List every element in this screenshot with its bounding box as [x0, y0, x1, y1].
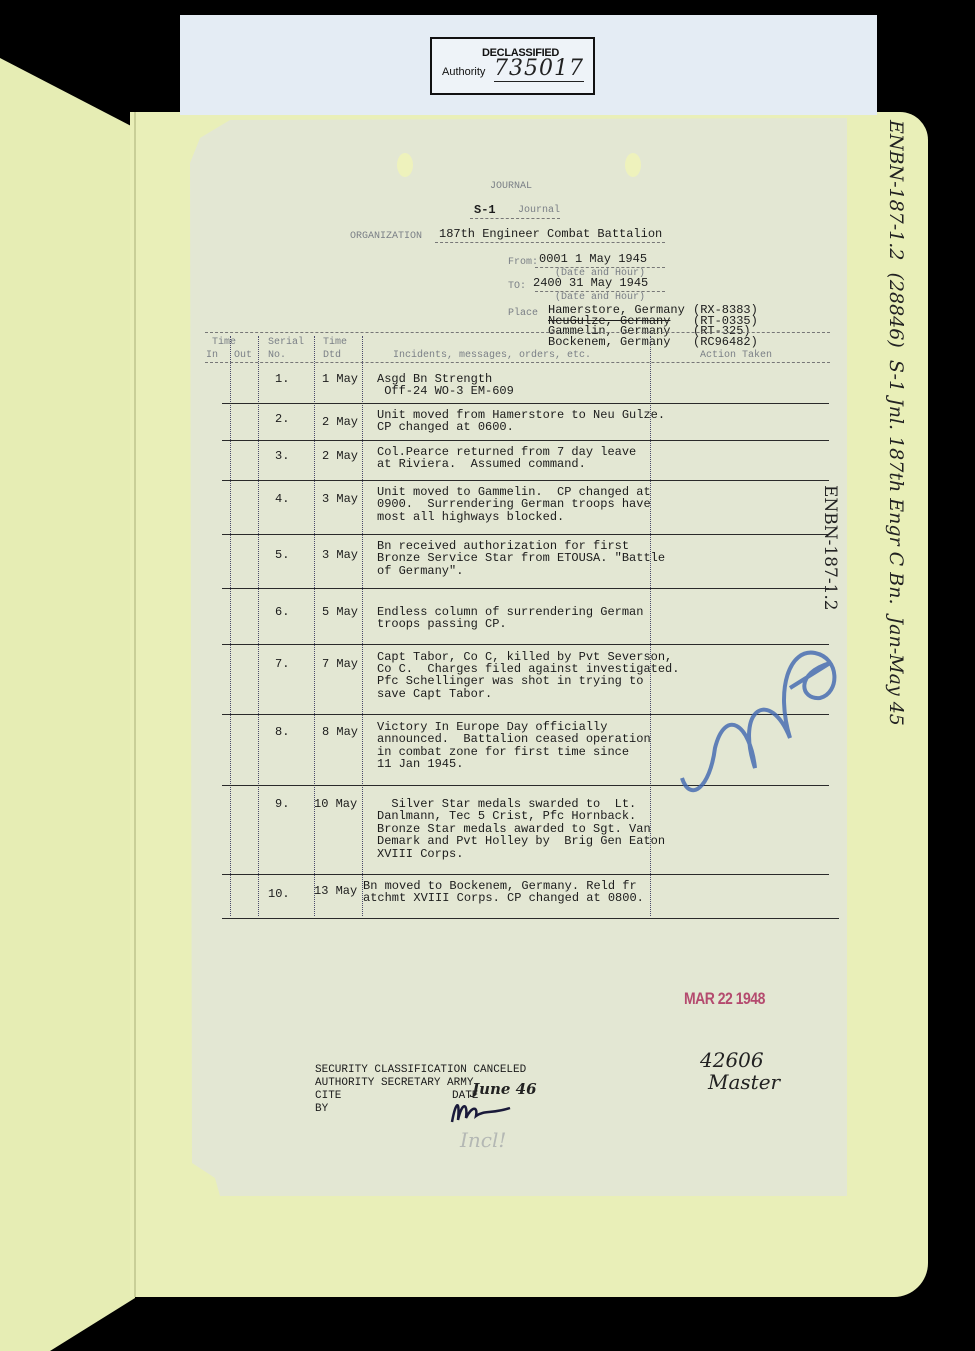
entry-serial: 2.: [275, 413, 289, 426]
entry-line: Off-24 WO-3 EM-609: [377, 385, 514, 398]
received-date-stamp: MAR 22 1948: [684, 988, 765, 1007]
entry-serial: 4.: [275, 493, 289, 506]
entry-line: troops passing CP.: [377, 618, 507, 631]
entry-line: most all highways blocked.: [377, 511, 564, 524]
signature-scribble-icon: [448, 1096, 518, 1126]
entry-date: 8 May: [322, 726, 358, 739]
blue-pencil-mark-icon: [680, 628, 860, 798]
to-value: 2400 31 May 1945: [533, 277, 648, 290]
handwritten-number: 42606: [700, 1048, 764, 1072]
place-name: Bockenem, Germany: [548, 336, 670, 349]
entry-line: at Riviera. Assumed command.: [377, 458, 586, 471]
header-out: Out: [234, 349, 252, 362]
declassification-stamp-box: DECLASSIFIED Authority 735017: [430, 37, 595, 95]
header-action-taken: Action Taken: [700, 349, 772, 362]
security-line-2: AUTHORITY SECRETARY ARMY: [315, 1077, 473, 1089]
security-by-label: BY: [315, 1103, 328, 1115]
form-title: JOURNAL: [490, 180, 532, 193]
entry-date: 5 May: [322, 606, 358, 619]
header-time-dtd: Time: [323, 336, 347, 349]
authority-number: 735017: [494, 57, 584, 82]
from-label: From:: [508, 256, 538, 269]
entry-date: 3 May: [322, 549, 358, 562]
entry-serial: 6.: [275, 606, 289, 619]
entry-serial: 7.: [275, 658, 289, 671]
punch-hole: [625, 153, 641, 177]
entry-date: 7 May: [322, 658, 358, 671]
from-value: 0001 1 May 1945: [539, 253, 647, 266]
header-dtd: Dtd: [323, 349, 341, 362]
entry-date: 2 May: [322, 416, 358, 429]
handwritten-master: Master: [708, 1070, 780, 1094]
organization-label: ORGANIZATION: [350, 230, 422, 243]
place-label: Place: [508, 307, 538, 320]
header-incidents: Incidents, messages, orders, etc.: [393, 349, 591, 362]
entry-serial: 1.: [275, 373, 289, 386]
entry-date: 1 May: [322, 373, 358, 386]
entry-date: 3 May: [322, 493, 358, 506]
handwritten-incl: Incl!: [460, 1128, 506, 1152]
sheet-margin-code: ENBN-187-1.2: [820, 485, 840, 611]
folder-left-flap: [0, 58, 135, 1351]
entry-serial: 3.: [275, 450, 289, 463]
authority-label: Authority: [442, 66, 485, 78]
header-in: In: [206, 349, 218, 362]
entry-line: save Capt Tabor.: [377, 688, 492, 701]
folder-crease: [134, 112, 136, 1297]
header-no: No.: [268, 349, 286, 362]
entry-line: of Germany".: [377, 565, 463, 578]
entry-serial: 5.: [275, 549, 289, 562]
organization-name: 187th Engineer Combat Battalion: [439, 228, 662, 241]
security-cite-label: CITE: [315, 1090, 341, 1102]
entry-line: XVIII Corps.: [377, 848, 463, 861]
entry-date: 10 May: [314, 798, 357, 811]
place-coord: (RC96482): [693, 336, 758, 349]
journal-sheet: JOURNAL S-1 Journal ORGANIZATION 187th E…: [190, 118, 847, 1196]
entry-date: 2 May: [322, 450, 358, 463]
section-code: S-1: [474, 204, 496, 217]
entry-serial: 9.: [275, 798, 289, 811]
folder-tab-label: ENBN-187-1.2 (28846) S-1 Jnl. 187th Engr…: [885, 120, 907, 726]
header-serial: Serial: [268, 336, 304, 349]
entry-line: atchmt XVIII Corps. CP changed at 0800.: [363, 892, 644, 905]
entry-serial: 8.: [275, 726, 289, 739]
security-line-1: SECURITY CLASSIFICATION CANCELED: [315, 1064, 526, 1076]
punch-hole: [397, 153, 413, 177]
entry-serial: 10.: [268, 888, 290, 901]
to-label: TO:: [508, 280, 526, 293]
header-time: Time: [212, 336, 236, 349]
entry-line: 11 Jan 1945.: [377, 758, 463, 771]
declassification-slip: DECLASSIFIED Authority 735017: [180, 15, 877, 115]
section-label: Journal: [518, 204, 560, 217]
entry-date: 13 May: [314, 885, 357, 898]
entry-line: CP changed at 0600.: [377, 421, 514, 434]
